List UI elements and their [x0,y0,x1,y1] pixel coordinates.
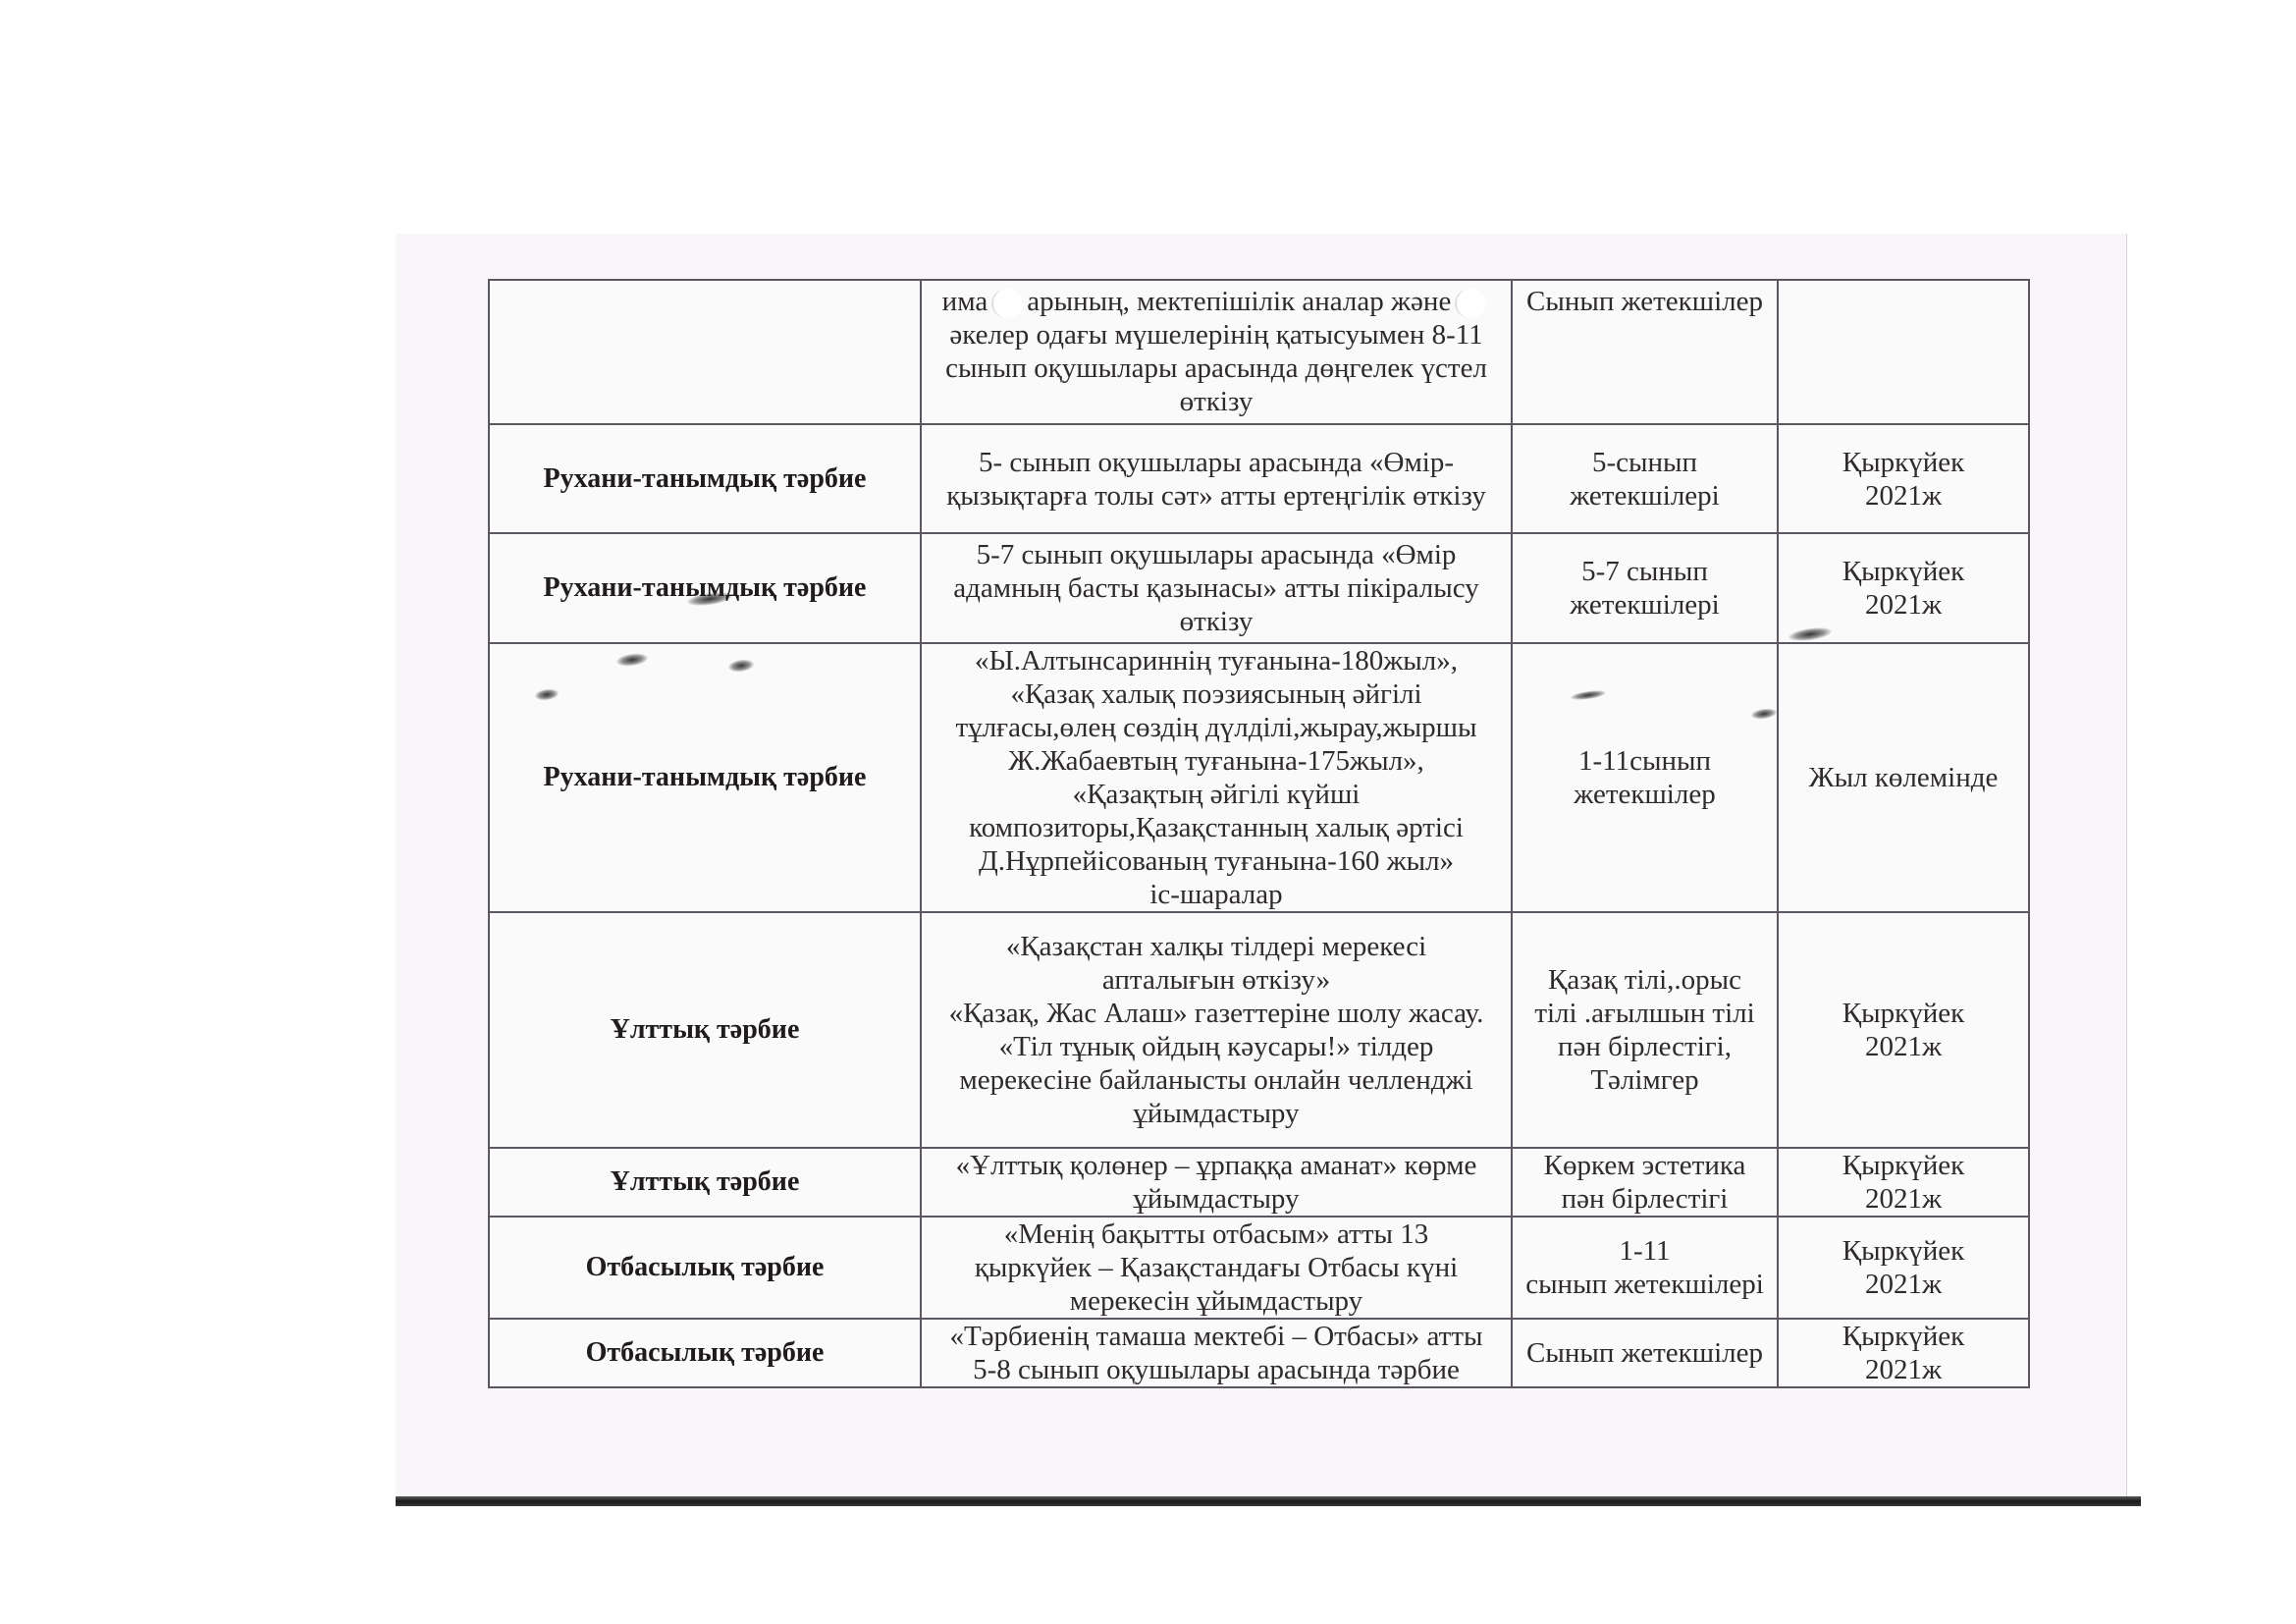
responsible-cell: 5-7 сынып жетекшілері [1512,533,1778,643]
activity-line: Д.Нұрпейісованың туғанына-160 жыл» [928,844,1505,878]
date-cell: Қыркүйек 2021ж [1778,1148,2029,1217]
activity-line: «Қазақтың әйгілі күйші [928,778,1505,811]
table-row: имаарының, мектепішілік аналар және әкел… [489,280,2029,424]
responsible-line: 1-11 [1519,1234,1771,1268]
activity-line: қызықтарға толы сәт» атты ертеңгілік өтк… [928,479,1505,513]
activity-line: «Менің бақытты отбасым» атты 13 [928,1218,1505,1251]
responsible-line: сынып жетекшілері [1519,1268,1771,1301]
activity-line: іс-шаралар [928,878,1505,911]
activity-line: «Қазақ, Жас Алаш» газеттеріне шолу жасау… [928,997,1505,1030]
category-cell: Рухани-танымдық тәрбие [489,643,921,912]
table-row: Рухани-танымдық тәрбие 5-7 сынып оқушыла… [489,533,2029,643]
responsible-line: пән бірлестігі [1519,1182,1771,1216]
date-line: Жыл көлемінде [1785,761,2022,794]
category-cell: Отбасылық тәрбие [489,1217,921,1319]
activity-line: 5- сынып оқушылары арасында «Өмір- [928,446,1505,479]
activity-cell: имаарының, мектепішілік аналар және әкел… [921,280,1512,424]
scan-edge-bar [396,1496,2141,1506]
responsible-line: Қазақ тілі,.орыс [1519,963,1771,997]
activity-line: «Ы.Алтынсариннің туғанына-180жыл», [928,644,1505,677]
date-line: 2021ж [1785,1268,2022,1301]
responsible-line: тілі .ағылшын тілі [1519,997,1771,1030]
activity-line: «Тәрбиенің тамаша мектебі – Отбасы» атты [928,1320,1505,1353]
activity-line: мерекесін ұйымдастыру [928,1284,1505,1318]
date-cell: Қыркүйек 2021ж [1778,1217,2029,1319]
date-cell [1778,280,2029,424]
activity-line: 5-7 сынып оқушылары арасында «Өмір [928,538,1505,571]
date-line: 2021ж [1785,1353,2022,1386]
table-row: Рухани-танымдық тәрбие «Ы.Алтынсариннің … [489,643,2029,912]
category-cell: Ұлттық тәрбие [489,1148,921,1217]
table-row: Рухани-танымдық тәрбие 5- сынып оқушылар… [489,424,2029,533]
activity-line: имаарының, мектепішілік аналар және [928,285,1505,318]
activity-line: композиторы,Қазақстанның халық әртісі [928,811,1505,844]
category-cell: Ұлттық тәрбие [489,912,921,1148]
responsible-cell: 5-сынып жетекшілері [1512,424,1778,533]
responsible-cell: 1-11сынып жетекшілер [1512,643,1778,912]
education-plan-table: имаарының, мектепішілік аналар және әкел… [488,279,2030,1388]
activity-line: «Ұлттық қолөнер – ұрпаққа аманат» көрме [928,1149,1505,1182]
activity-line: тұлғасы,өлең сөздің дүлділі,жырау,жыршы [928,711,1505,744]
activity-line: мерекесіне байланысты онлайн челленджі [928,1063,1505,1097]
table-row: Ұлттық тәрбие «Ұлттық қолөнер – ұрпаққа … [489,1148,2029,1217]
punch-hole-mark [1455,289,1486,318]
responsible-line: жетекшілер [1519,778,1771,811]
activity-cell: «Тәрбиенің тамаша мектебі – Отбасы» атты… [921,1319,1512,1387]
date-line: Қыркүйек [1785,1320,2022,1353]
responsible-cell: Қазақ тілі,.орыс тілі .ағылшын тілі пән … [1512,912,1778,1148]
table-row: Отбасылық тәрбие «Менің бақытты отбасым»… [489,1217,2029,1319]
category-cell: Отбасылық тәрбие [489,1319,921,1387]
responsible-cell: Сынып жетекшілер [1512,280,1778,424]
activity-line: әкелер одағы мүшелерінің қатысуымен 8-11 [928,318,1505,352]
date-cell: Қыркүйек 2021ж [1778,1319,2029,1387]
activity-line: өткізу [928,385,1505,418]
punch-hole-mark [991,289,1023,318]
activity-cell: «Ұлттық қолөнер – ұрпаққа аманат» көрме … [921,1148,1512,1217]
date-line: 2021ж [1785,1030,2022,1063]
activity-line: «Қазақстан халқы тілдері мерекесі [928,930,1505,963]
responsible-line: Сынып жетекшілер [1519,285,1771,318]
date-cell: Жыл көлемінде [1778,643,2029,912]
date-cell: Қыркүйек 2021ж [1778,424,2029,533]
activity-line: қыркүйек – Қазақстандағы Отбасы күні [928,1251,1505,1284]
table-row: Ұлттық тәрбие «Қазақстан халқы тілдері м… [489,912,2029,1148]
activity-line: Ж.Жабаевтың туғанына-175жыл», [928,744,1505,778]
responsible-line: Көркем эстетика [1519,1149,1771,1182]
date-line: Қыркүйек [1785,1234,2022,1268]
activity-line: сынып оқушылары арасында дөңгелек үстел [928,352,1505,385]
responsible-line: жетекшілері [1519,479,1771,513]
responsible-cell: Көркем эстетика пән бірлестігі [1512,1148,1778,1217]
activity-cell: «Ы.Алтынсариннің туғанына-180жыл», «Қаза… [921,643,1512,912]
activity-cell: 5-7 сынып оқушылары арасында «Өмір адамн… [921,533,1512,643]
activity-line: ұйымдастыру [928,1097,1505,1130]
responsible-line: жетекшілері [1519,588,1771,622]
activity-cell: 5- сынып оқушылары арасында «Өмір- қызық… [921,424,1512,533]
activity-cell: «Қазақстан халқы тілдері мерекесі апталы… [921,912,1512,1148]
date-line: Қыркүйек [1785,997,2022,1030]
activity-line: өткізу [928,605,1505,638]
activity-line: «Қазақ халық поэзиясының әйгілі [928,677,1505,711]
responsible-line: 5-сынып [1519,446,1771,479]
activity-line: адамның басты қазынасы» атты пікіралысу [928,571,1505,605]
activity-cell: «Менің бақытты отбасым» атты 13 қыркүйек… [921,1217,1512,1319]
date-line: 2021ж [1785,479,2022,513]
category-cell [489,280,921,424]
responsible-line: 1-11сынып [1519,744,1771,778]
table-row: Отбасылық тәрбие «Тәрбиенің тамаша мекте… [489,1319,2029,1387]
date-line: 2021ж [1785,1182,2022,1216]
activity-line: «Тіл тұнық ойдың кәусары!» тілдер [928,1030,1505,1063]
responsible-cell: Сынып жетекшілер [1512,1319,1778,1387]
category-cell: Рухани-танымдық тәрбие [489,533,921,643]
date-line: Қыркүйек [1785,1149,2022,1182]
date-cell: Қыркүйек 2021ж [1778,533,2029,643]
responsible-line: Сынып жетекшілер [1519,1336,1771,1370]
date-line: Қыркүйек [1785,446,2022,479]
responsible-line: Тәлімгер [1519,1063,1771,1097]
activity-line: ұйымдастыру [928,1182,1505,1216]
responsible-cell: 1-11 сынып жетекшілері [1512,1217,1778,1319]
activity-line: 5-8 сынып оқушылары арасында тәрбие [928,1353,1505,1386]
responsible-line: 5-7 сынып [1519,555,1771,588]
activity-line: апталығын өткізу» [928,963,1505,997]
category-cell: Рухани-танымдық тәрбие [489,424,921,533]
date-line: 2021ж [1785,588,2022,622]
date-line: Қыркүйек [1785,555,2022,588]
date-cell: Қыркүйек 2021ж [1778,912,2029,1148]
responsible-line: пән бірлестігі, [1519,1030,1771,1063]
